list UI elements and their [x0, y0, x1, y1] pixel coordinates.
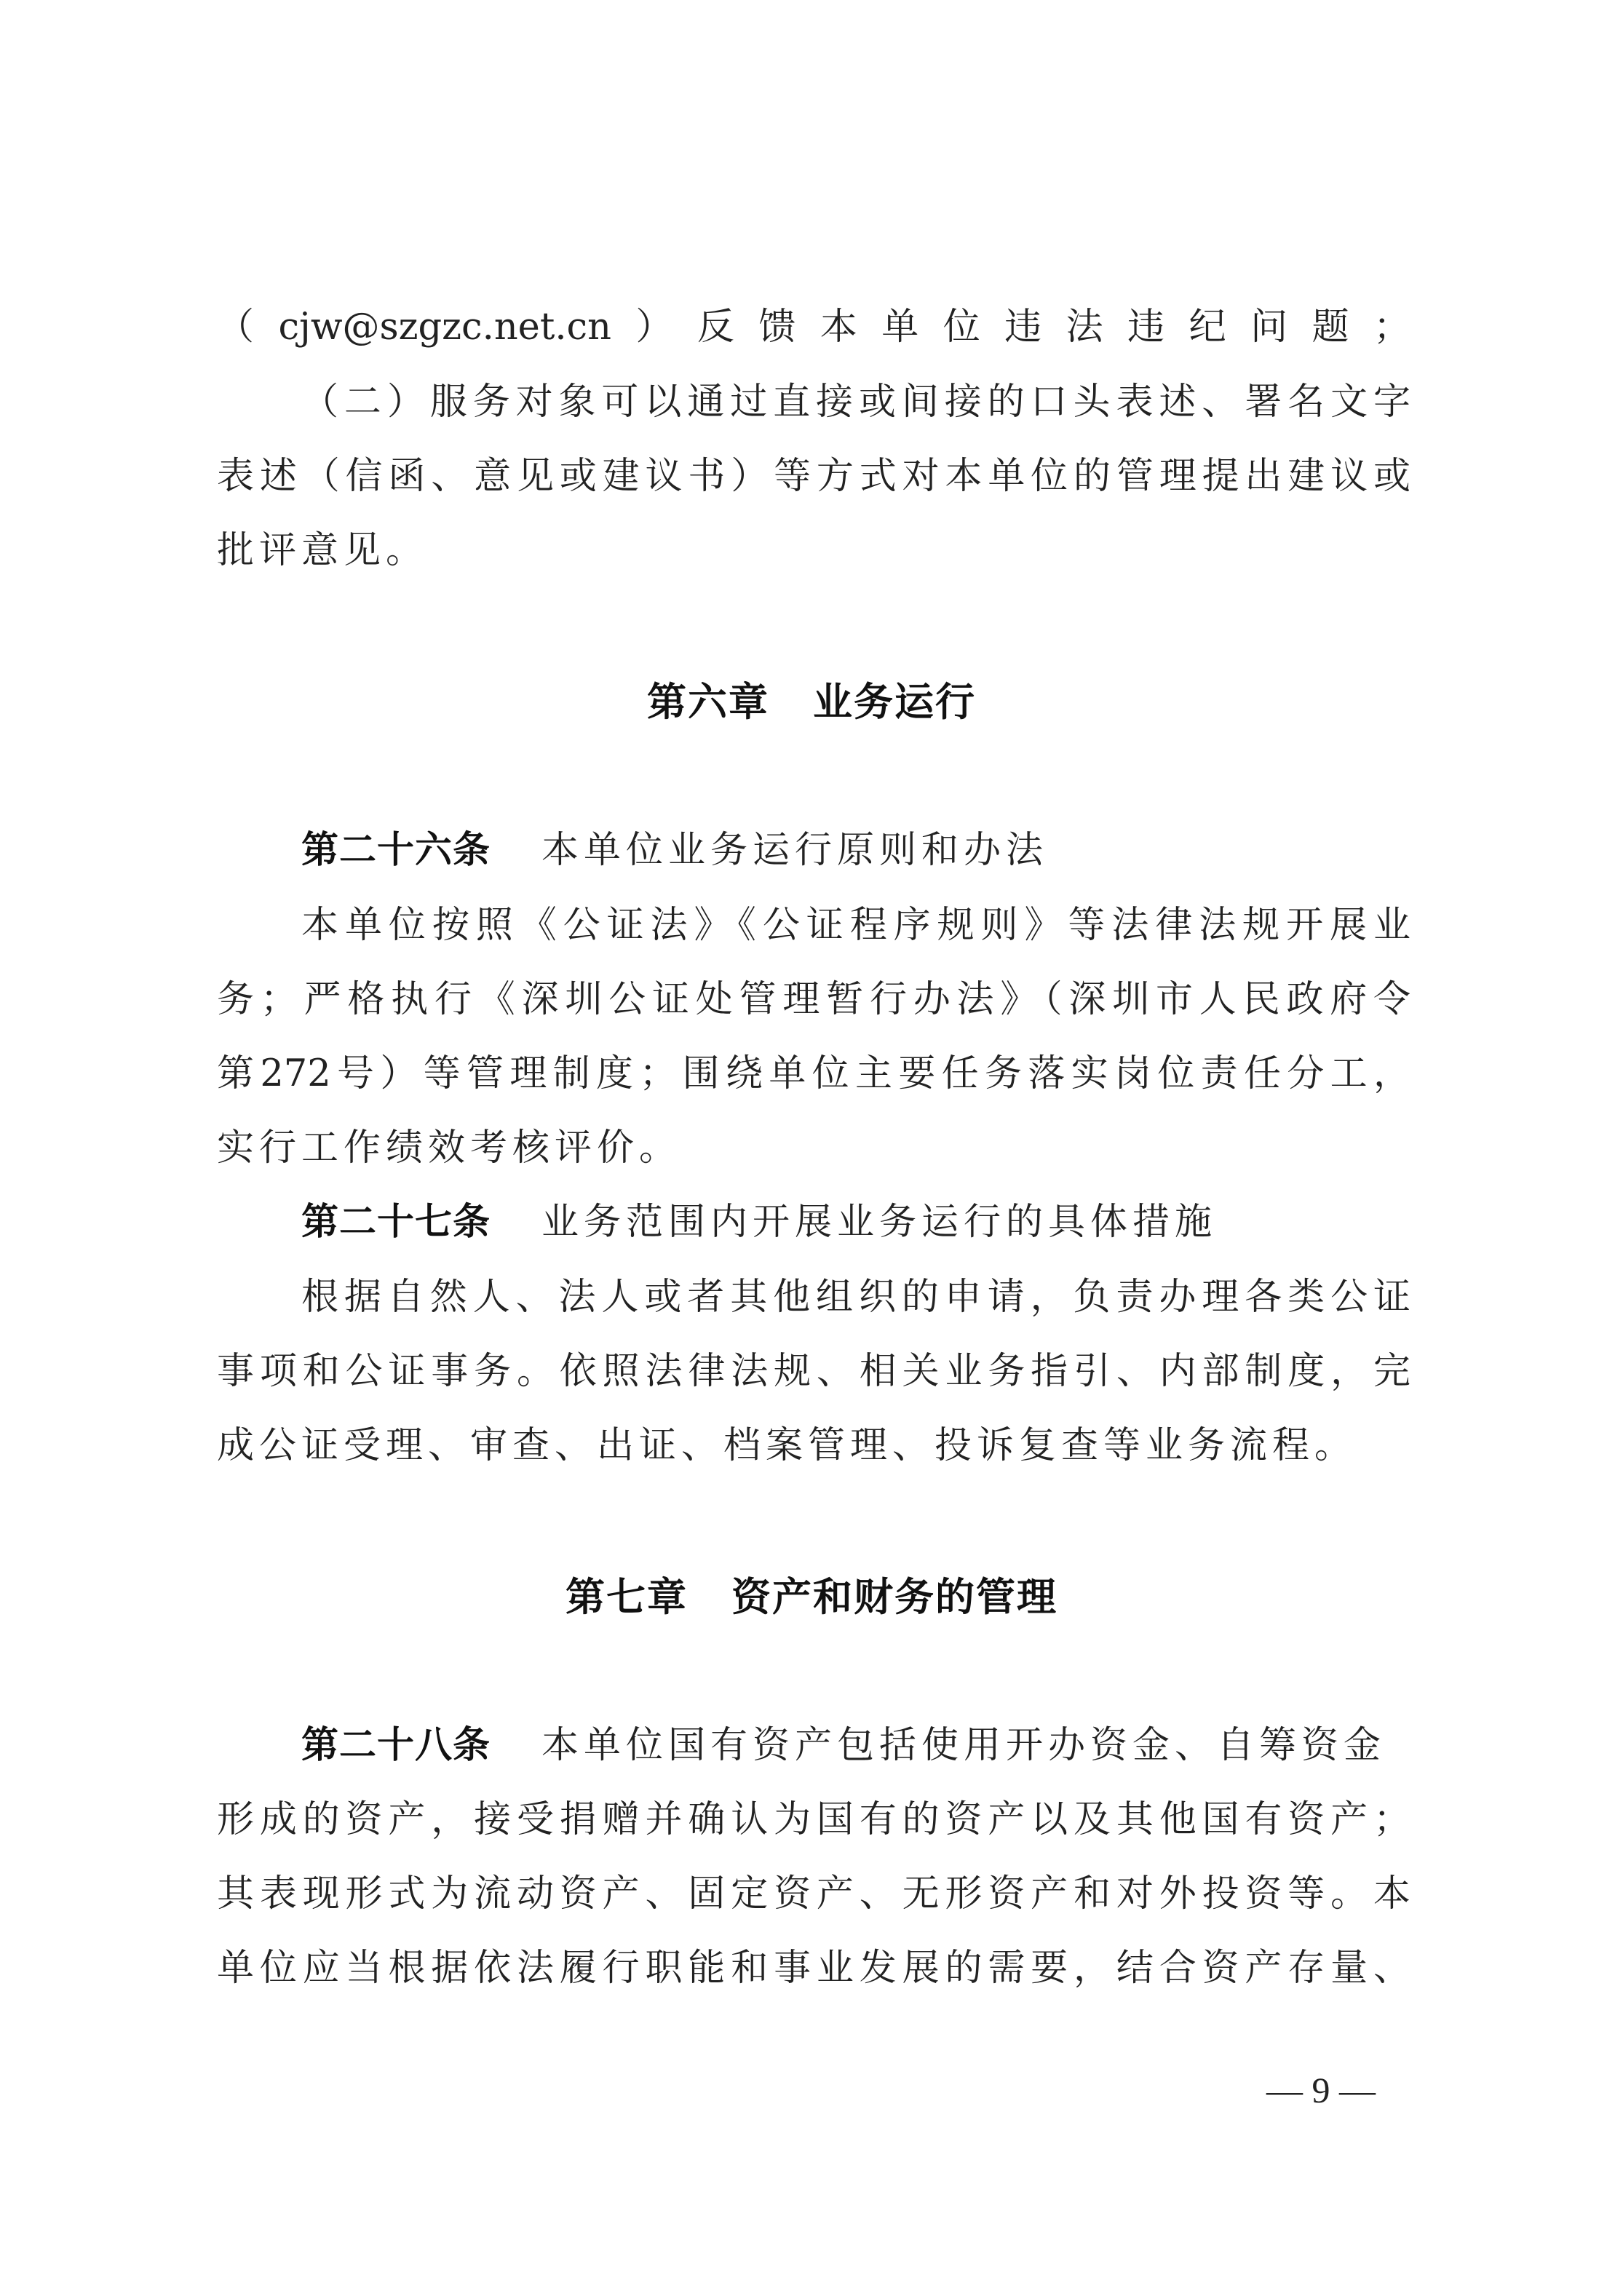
article-heading: 第二十六条本单位业务运行原则和办法	[301, 825, 1410, 876]
article-title: 业务范围内开展业务运行的具体措施	[541, 1201, 1217, 1244]
article-title: 本单位业务运行原则和办法	[541, 829, 1048, 872]
paragraph-line: 表述（信函、意见或建议书）等方式对本单位的管理提出建议或	[217, 451, 1410, 502]
document-page: （cjw@szgzc.net.cn）反馈本单位违法违纪问题； （二）服务对象可以…	[0, 0, 1623, 2296]
chapter-heading: 第六章业务运行	[0, 677, 1623, 728]
article-text: 本单位国有资产包括使用开办资金、自筹资金	[541, 1724, 1386, 1767]
article-paragraph-first-line: 第二十八条本单位国有资产包括使用开办资金、自筹资金	[301, 1720, 1410, 1771]
paragraph-line: 实行工作绩效考核评价。	[217, 1123, 1410, 1174]
paragraph-line: 其表现形式为流动资产、固定资产、无形资产和对外投资等。本	[217, 1869, 1410, 1920]
page-number: — 9 —	[1266, 2068, 1376, 2112]
chapter-title: 业务运行	[813, 679, 976, 725]
chapter-title: 资产和财务的管理	[731, 1574, 1057, 1620]
article-label: 第二十七条	[301, 1201, 491, 1244]
paragraph-line: 第272号）等管理制度；围绕单位主要任务落实岗位责任分工，	[217, 1049, 1410, 1100]
paragraph-line: 单位应当根据依法履行职能和事业发展的需要，结合资产存量、	[217, 1943, 1410, 1994]
paragraph-line: （二）服务对象可以通过直接或间接的口头表述、署名文字	[301, 377, 1410, 428]
paragraph-line: （cjw@szgzc.net.cn）反馈本单位违法违纪问题；	[217, 302, 1410, 353]
paragraph-line: 形成的资产，接受捐赠并确认为国有的资产以及其他国有资产；	[217, 1795, 1410, 1846]
chapter-heading: 第七章资产和财务的管理	[0, 1572, 1623, 1623]
paragraph-line: 批评意见。	[217, 525, 1410, 576]
article-label: 第二十八条	[301, 1724, 491, 1767]
paragraph-line: 本单位按照《公证法》《公证程序规则》等法律法规开展业	[301, 900, 1410, 951]
chapter-number: 第六章	[647, 679, 769, 725]
paragraph-line: 事项和公证事务。依照法律法规、相关业务指引、内部制度，完	[217, 1346, 1410, 1397]
paragraph-line: 根据自然人、法人或者其他组织的申请，负责办理各类公证	[301, 1272, 1410, 1323]
chapter-number: 第七章	[566, 1574, 688, 1620]
article-heading: 第二十七条业务范围内开展业务运行的具体措施	[301, 1197, 1410, 1248]
paragraph-line: 务；严格执行《深圳公证处管理暂行办法》（深圳市人民政府令	[217, 974, 1410, 1025]
article-label: 第二十六条	[301, 829, 491, 872]
paragraph-line: 成公证受理、审查、出证、档案管理、投诉复查等业务流程。	[217, 1421, 1410, 1471]
